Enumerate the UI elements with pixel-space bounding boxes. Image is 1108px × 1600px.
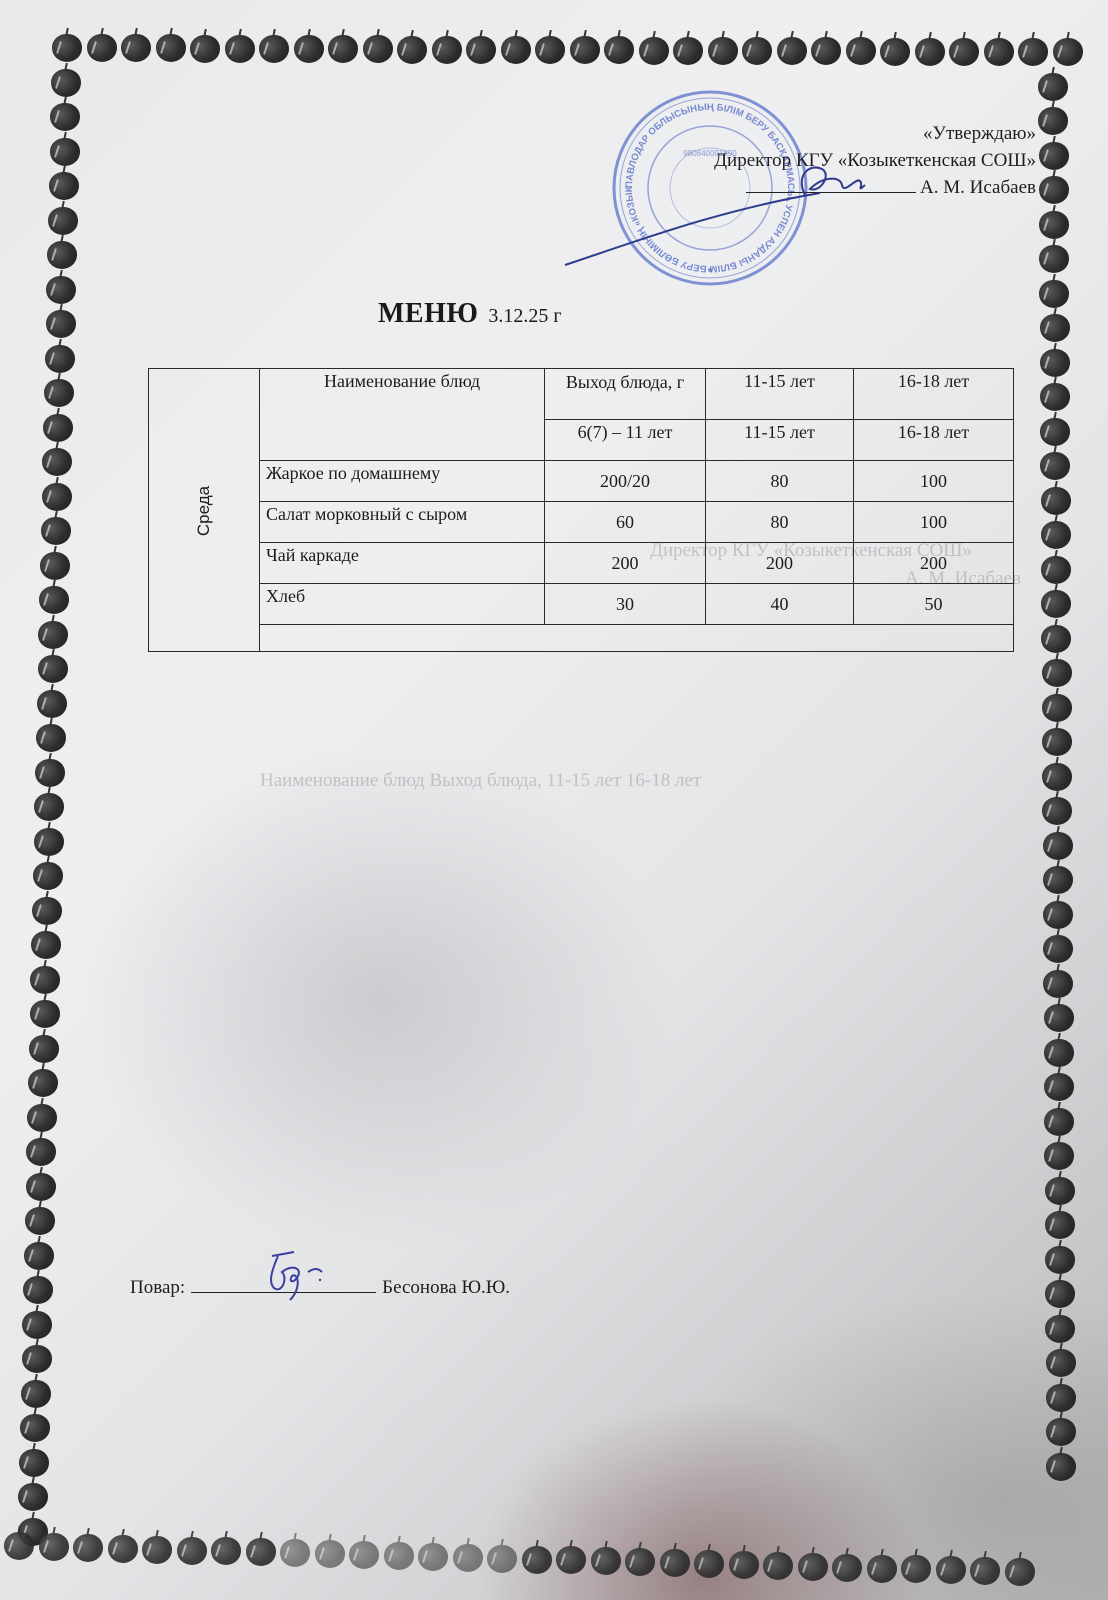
- apple-icon: [1046, 1453, 1076, 1481]
- apple-icon: [1040, 349, 1070, 377]
- apple-icon: [29, 1035, 59, 1063]
- apple-icon: [1040, 452, 1070, 480]
- header-row: Среда Наименование блюд Выход блюда, г 1…: [149, 369, 1014, 420]
- apple-icon: [26, 1173, 56, 1201]
- apple-icon: [625, 1548, 655, 1576]
- table-row: Салат морковный с сыром 60 80 100: [149, 502, 1014, 543]
- apple-icon: [22, 1311, 52, 1339]
- apple-icon: [246, 1538, 276, 1566]
- apple-icon: [1045, 1315, 1075, 1343]
- apple-icon: [487, 1545, 517, 1573]
- apple-icon: [18, 1483, 48, 1511]
- apple-icon: [1053, 38, 1083, 66]
- empty-row: [149, 625, 1014, 652]
- apple-icon: [1039, 176, 1069, 204]
- apple-icon: [1046, 1418, 1076, 1446]
- apple-icon: [39, 1533, 69, 1561]
- apple-icon: [1045, 1177, 1075, 1205]
- apple-icon: [501, 36, 531, 64]
- header-age-6-11: 6(7) – 11 лет: [545, 420, 706, 461]
- apple-icon: [31, 931, 61, 959]
- apple-icon: [949, 38, 979, 66]
- apple-icon: [694, 1550, 724, 1578]
- apple-icon: [1042, 763, 1072, 791]
- table-row: Хлеб 30 40 50: [149, 584, 1014, 625]
- portion-16-18: 50: [854, 584, 1014, 625]
- apple-icon: [1043, 970, 1073, 998]
- apple-icon: [1042, 694, 1072, 722]
- apple-icon: [41, 517, 71, 545]
- portion-16-18: 100: [854, 461, 1014, 502]
- empty-cell: [260, 625, 1014, 652]
- apple-icon: [832, 1554, 862, 1582]
- apple-icon: [1042, 728, 1072, 756]
- apple-icon: [24, 1242, 54, 1270]
- dish-name: Хлеб: [260, 584, 545, 625]
- apple-icon: [1039, 245, 1069, 273]
- apple-icon: [1039, 142, 1069, 170]
- cook-name: Бесонова Ю.Ю.: [382, 1277, 510, 1298]
- apple-icon: [142, 1536, 172, 1564]
- portion-11-15: 80: [706, 502, 854, 543]
- director-name: А. М. Исабаев: [920, 177, 1036, 198]
- portion-6-11: 200/20: [545, 461, 706, 502]
- apple-icon: [108, 1535, 138, 1563]
- apple-icon: [1043, 866, 1073, 894]
- apple-icon: [33, 862, 63, 890]
- apple-icon: [798, 1553, 828, 1581]
- apple-icon: [28, 1069, 58, 1097]
- apple-border-decoration: [0, 0, 1108, 1600]
- apple-icon: [729, 1551, 759, 1579]
- apple-icon: [901, 1555, 931, 1583]
- apple-icon: [1042, 659, 1072, 687]
- apple-icon: [763, 1552, 793, 1580]
- cook-label: Повар:: [130, 1277, 185, 1298]
- apple-icon: [52, 34, 82, 62]
- apple-icon: [156, 34, 186, 62]
- document-title: МЕНЮ 3.12.25 г: [378, 298, 562, 330]
- apple-icon: [742, 37, 772, 65]
- apple-icon: [1043, 832, 1073, 860]
- apple-icon: [40, 552, 70, 580]
- apple-icon: [294, 35, 324, 63]
- apple-icon: [570, 36, 600, 64]
- apple-icon: [21, 1380, 51, 1408]
- title-text: МЕНЮ: [378, 298, 478, 329]
- header-yield: Выход блюда, г: [545, 369, 706, 420]
- apple-icon: [604, 36, 634, 64]
- apple-icon: [970, 1557, 1000, 1585]
- apple-icon: [45, 345, 75, 373]
- apple-icon: [4, 1532, 34, 1560]
- apple-icon: [46, 276, 76, 304]
- portion-16-18: 200: [854, 543, 1014, 584]
- dish-name: Салат морковный с сыром: [260, 502, 545, 543]
- apple-icon: [1040, 314, 1070, 342]
- apple-icon: [556, 1546, 586, 1574]
- portion-16-18: 100: [854, 502, 1014, 543]
- apple-icon: [259, 35, 289, 63]
- apple-icon: [453, 1544, 483, 1572]
- apple-icon: [418, 1543, 448, 1571]
- approval-heading: «Утверждаю»: [714, 120, 1036, 147]
- header-age-16-18: 16-18 лет: [854, 420, 1014, 461]
- apple-icon: [37, 690, 67, 718]
- apple-icon: [432, 36, 462, 64]
- apple-icon: [1040, 418, 1070, 446]
- apple-icon: [280, 1539, 310, 1567]
- apple-icon: [34, 793, 64, 821]
- apple-icon: [984, 38, 1014, 66]
- apple-icon: [915, 38, 945, 66]
- apple-icon: [397, 36, 427, 64]
- header-dish-name: Наименование блюд: [260, 369, 545, 461]
- apple-icon: [777, 37, 807, 65]
- apple-icon: [1044, 1073, 1074, 1101]
- apple-icon: [1043, 935, 1073, 963]
- apple-icon: [1041, 521, 1071, 549]
- apple-icon: [49, 172, 79, 200]
- cook-signature: [258, 1246, 348, 1306]
- apple-icon: [190, 35, 220, 63]
- apple-icon: [44, 379, 74, 407]
- apple-icon: [50, 138, 80, 166]
- apple-icon: [1044, 1039, 1074, 1067]
- apple-icon: [1044, 1004, 1074, 1032]
- apple-icon: [121, 34, 151, 62]
- apple-icon: [177, 1537, 207, 1565]
- apple-icon: [43, 414, 73, 442]
- day-label: Среда: [194, 485, 214, 535]
- apple-icon: [1038, 73, 1068, 101]
- dish-name: Чай каркаде: [260, 543, 545, 584]
- table-row: Жаркое по домашнему 200/20 80 100: [149, 461, 1014, 502]
- apple-icon: [47, 241, 77, 269]
- portion-11-15: 80: [706, 461, 854, 502]
- apple-icon: [1041, 625, 1071, 653]
- apple-icon: [708, 37, 738, 65]
- apple-icon: [1038, 107, 1068, 135]
- apple-icon: [1046, 1384, 1076, 1412]
- apple-icon: [1044, 1142, 1074, 1170]
- apple-icon: [38, 655, 68, 683]
- apple-icon: [38, 621, 68, 649]
- apple-icon: [328, 35, 358, 63]
- apple-icon: [1039, 211, 1069, 239]
- apple-icon: [1039, 280, 1069, 308]
- apple-icon: [39, 586, 69, 614]
- apple-icon: [936, 1556, 966, 1584]
- apple-icon: [50, 103, 80, 131]
- apple-icon: [349, 1541, 379, 1569]
- table-row: Чай каркаде 200 200 200: [149, 543, 1014, 584]
- apple-icon: [30, 966, 60, 994]
- apple-icon: [26, 1138, 56, 1166]
- apple-icon: [27, 1104, 57, 1132]
- portion-6-11: 200: [545, 543, 706, 584]
- apple-icon: [42, 448, 72, 476]
- menu-table: Среда Наименование блюд Выход блюда, г 1…: [148, 368, 1014, 652]
- apple-icon: [22, 1345, 52, 1373]
- apple-icon: [1018, 38, 1048, 66]
- apple-icon: [1040, 383, 1070, 411]
- apple-icon: [535, 36, 565, 64]
- apple-icon: [35, 759, 65, 787]
- director-signature: [560, 155, 880, 275]
- apple-icon: [25, 1207, 55, 1235]
- apple-icon: [673, 37, 703, 65]
- apple-icon: [1044, 1108, 1074, 1136]
- apple-icon: [639, 37, 669, 65]
- header-age-11-15: 11-15 лет: [706, 420, 854, 461]
- apple-icon: [42, 483, 72, 511]
- apple-icon: [1045, 1211, 1075, 1239]
- apple-icon: [1043, 901, 1073, 929]
- apple-icon: [1045, 1246, 1075, 1274]
- apple-icon: [46, 310, 76, 338]
- header-age-11-15-top: 11-15 лет: [706, 369, 854, 420]
- dish-name: Жаркое по домашнему: [260, 461, 545, 502]
- apple-icon: [466, 36, 496, 64]
- apple-icon: [34, 828, 64, 856]
- apple-icon: [1041, 556, 1071, 584]
- apple-icon: [51, 69, 81, 97]
- header-age-16-18-top: 16-18 лет: [854, 369, 1014, 420]
- menu-date: 3.12.25 г: [488, 305, 561, 327]
- apple-icon: [225, 35, 255, 63]
- apple-icon: [36, 724, 66, 752]
- apple-icon: [1041, 590, 1071, 618]
- apple-icon: [30, 1000, 60, 1028]
- apple-icon: [1041, 487, 1071, 515]
- portion-6-11: 30: [545, 584, 706, 625]
- portion-6-11: 60: [545, 502, 706, 543]
- apple-icon: [48, 207, 78, 235]
- apple-icon: [1045, 1280, 1075, 1308]
- apple-icon: [591, 1547, 621, 1575]
- apple-icon: [87, 34, 117, 62]
- apple-icon: [211, 1537, 241, 1565]
- apple-icon: [811, 37, 841, 65]
- day-cell: Среда: [149, 369, 260, 652]
- apple-icon: [315, 1540, 345, 1568]
- apple-icon: [660, 1549, 690, 1577]
- apple-icon: [32, 897, 62, 925]
- apple-icon: [522, 1546, 552, 1574]
- apple-icon: [1005, 1558, 1035, 1586]
- portion-11-15: 40: [706, 584, 854, 625]
- apple-icon: [20, 1414, 50, 1442]
- bleed-through-text: Наименование блюд Выход блюда, 11-15 лет…: [260, 770, 701, 792]
- apple-icon: [23, 1276, 53, 1304]
- apple-icon: [1046, 1349, 1076, 1377]
- portion-11-15: 200: [706, 543, 854, 584]
- apple-icon: [846, 37, 876, 65]
- apple-icon: [880, 38, 910, 66]
- apple-icon: [1042, 797, 1072, 825]
- apple-icon: [19, 1449, 49, 1477]
- apple-icon: [867, 1555, 897, 1583]
- apple-icon: [384, 1542, 414, 1570]
- apple-icon: [73, 1534, 103, 1562]
- apple-icon: [363, 35, 393, 63]
